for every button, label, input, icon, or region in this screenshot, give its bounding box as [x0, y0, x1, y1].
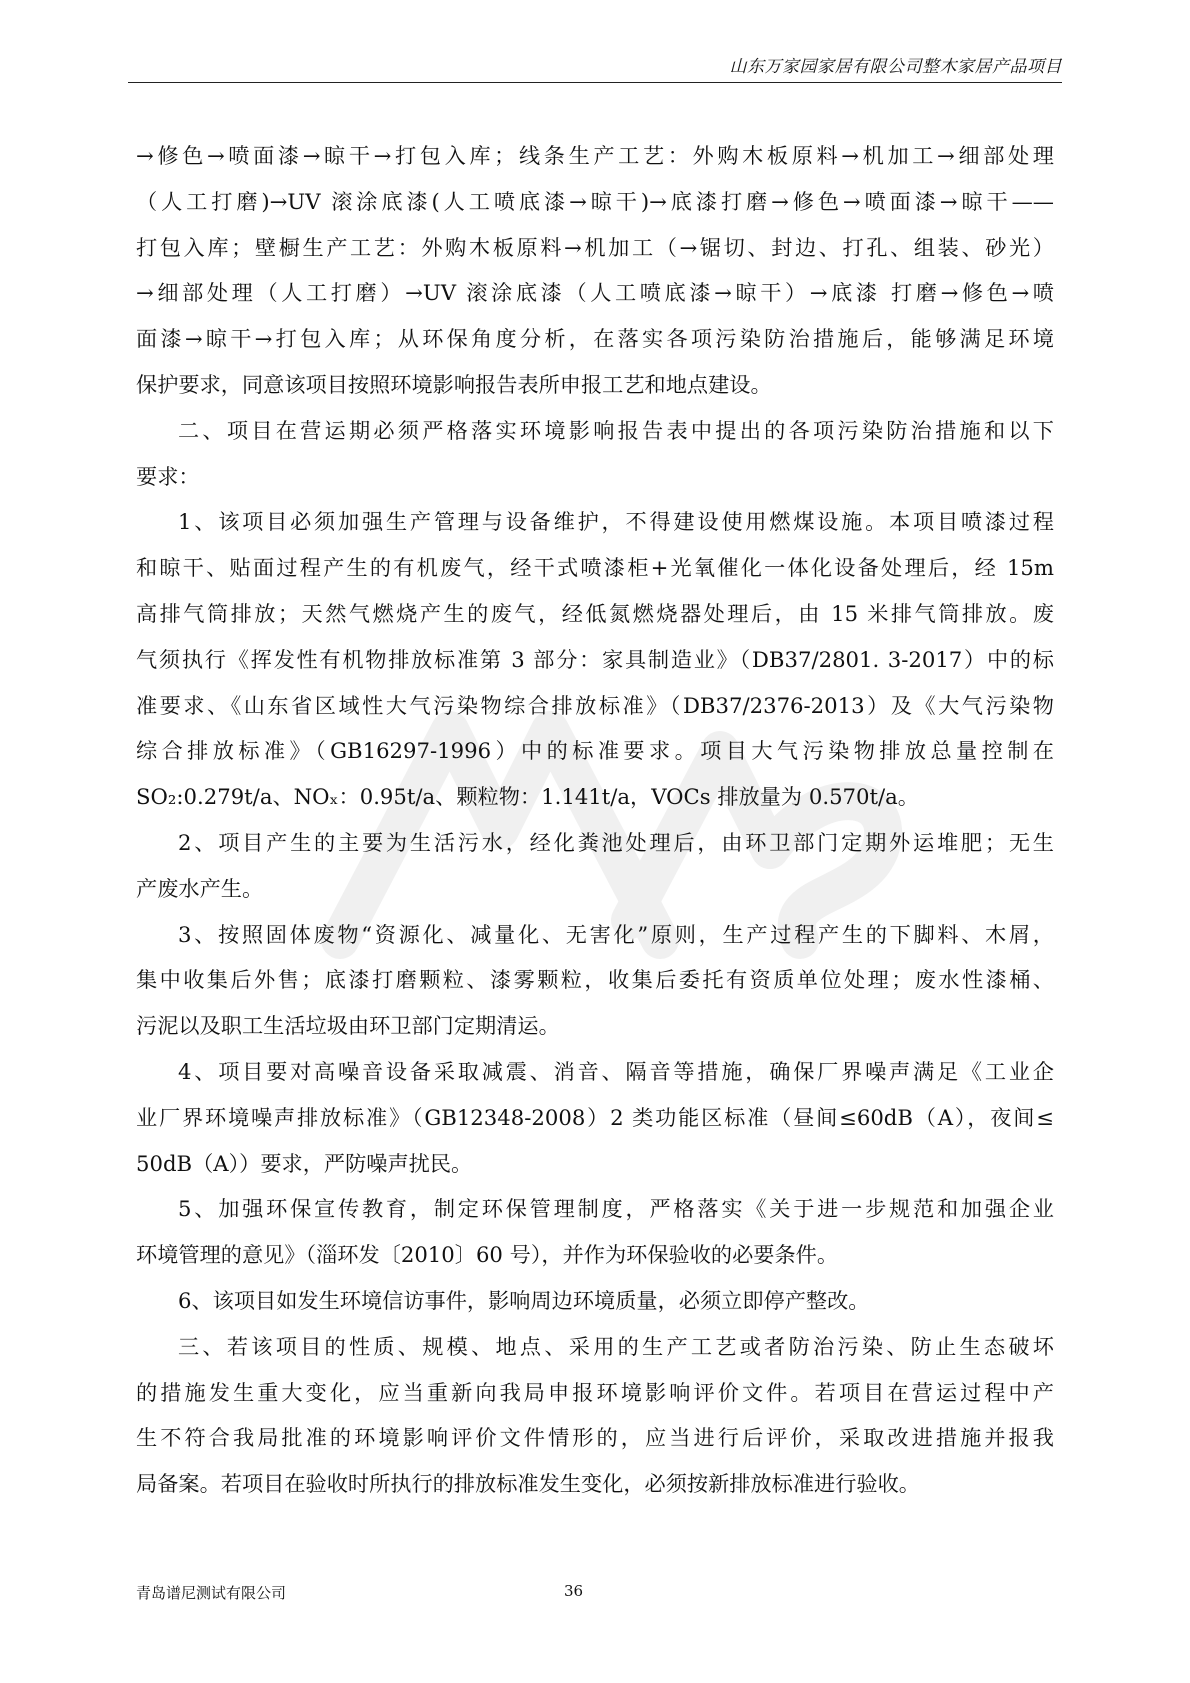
text-line: （人工打磨)→UV 滚涂底漆(人工喷底漆→晾干)→底漆打磨→修色→喷面漆→晾干—… — [136, 179, 1054, 225]
text-line: 污泥以及职工生活垃圾由环卫部门定期清运。 — [136, 1003, 1054, 1049]
text-line: 1、该项目必须加强生产管理与设备维护，不得建设使用燃煤设施。本项目喷漆过程 — [136, 499, 1054, 545]
text-line: 3、按照固体废物“资源化、减量化、无害化”原则，生产过程产生的下脚料、木屑， — [136, 912, 1054, 958]
text-line: 业厂界环境噪声排放标准》（GB12348-2008）2 类功能区标准（昼间≤60… — [136, 1095, 1054, 1141]
document-body: →修色→喷面漆→晾干→打包入库；线条生产工艺：外购木板原料→机加工→细部处理（人… — [136, 133, 1054, 1507]
text-line: SO₂:0.279t/a、NOₓ：0.95t/a、颗粒物：1.141t/a，VO… — [136, 774, 1054, 820]
text-line: 高排气筒排放；天然气燃烧产生的废气，经低氮燃烧器处理后，由 15 米排气筒排放。… — [136, 591, 1054, 637]
text-line: 6、该项目如发生环境信访事件，影响周边环境质量，必须立即停产整改。 — [136, 1278, 1054, 1324]
text-line: 生不符合我局批准的环境影响评价文件情形的，应当进行后评价，采取改进措施并报我 — [136, 1415, 1054, 1461]
text-line: 产废水产生。 — [136, 866, 1054, 912]
page-number: 36 — [564, 1582, 583, 1600]
text-line: 打包入库；壁橱生产工艺：外购木板原料→机加工（→锯切、封边、打孔、组装、砂光） — [136, 225, 1054, 271]
text-line: 的措施发生重大变化，应当重新向我局申报环境影响评价文件。若项目在营运过程中产 — [136, 1370, 1054, 1416]
text-line: →细部处理（人工打磨）→UV 滚涂底漆（人工喷底漆→晾干）→底漆 打磨→修色→喷 — [136, 270, 1054, 316]
text-line: 二、项目在营运期必须严格落实环境影响报告表中提出的各项污染防治措施和以下 — [136, 408, 1054, 454]
text-line: 和晾干、贴面过程产生的有机废气，经干式喷漆柜+光氧催化一体化设备处理后，经 15… — [136, 545, 1054, 591]
text-line: →修色→喷面漆→晾干→打包入库；线条生产工艺：外购木板原料→机加工→细部处理 — [136, 133, 1054, 179]
header-divider — [128, 82, 1062, 83]
text-line: 要求： — [136, 454, 1054, 500]
text-line: 环境管理的意见》（淄环发〔2010〕60 号），并作为环保验收的必要条件。 — [136, 1232, 1054, 1278]
text-line: 准要求、《山东省区域性大气污染物综合排放标准》（DB37/2376-2013）及… — [136, 683, 1054, 729]
text-line: 4、项目要对高噪音设备采取减震、消音、隔音等措施，确保厂界噪声满足《工业企 — [136, 1049, 1054, 1095]
text-line: 三、若该项目的性质、规模、地点、采用的生产工艺或者防治污染、防止生态破坏 — [136, 1324, 1054, 1370]
text-line: 局备案。若项目在验收时所执行的排放标准发生变化，必须按新排放标准进行验收。 — [136, 1461, 1054, 1507]
footer-company: 青岛谱尼测试有限公司 — [136, 1582, 286, 1603]
text-line: 气须执行《挥发性有机物排放标准第 3 部分：家具制造业》（DB37/2801. … — [136, 637, 1054, 683]
text-line: 面漆→晾干→打包入库；从环保角度分析，在落实各项污染防治措施后，能够满足环境 — [136, 316, 1054, 362]
text-line: 50dB（A））要求，严防噪声扰民。 — [136, 1141, 1054, 1187]
text-line: 2、项目产生的主要为生活污水，经化粪池处理后，由环卫部门定期外运堆肥；无生 — [136, 820, 1054, 866]
header-title: 山东万家园家居有限公司整木家居产品项目 — [730, 52, 1063, 77]
page-header: 山东万家园家居有限公司整木家居产品项目 — [0, 52, 1190, 82]
text-line: 5、加强环保宣传教育，制定环保管理制度，严格落实《关于进一步规范和加强企业 — [136, 1186, 1054, 1232]
text-line: 保护要求，同意该项目按照环境影响报告表所申报工艺和地点建设。 — [136, 362, 1054, 408]
text-line: 集中收集后外售；底漆打磨颗粒、漆雾颗粒，收集后委托有资质单位处理；废水性漆桶、 — [136, 957, 1054, 1003]
text-line: 综合排放标准》（GB16297-1996）中的标准要求。项目大气污染物排放总量控… — [136, 728, 1054, 774]
